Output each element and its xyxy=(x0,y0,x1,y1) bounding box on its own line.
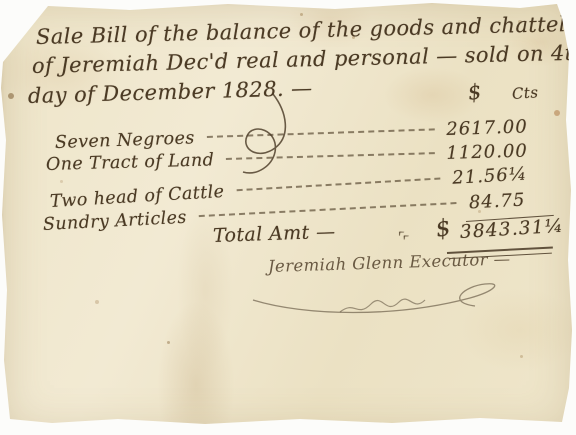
cents-column-header: Cts xyxy=(511,84,538,102)
total-currency: $ xyxy=(434,216,453,244)
stain-spot xyxy=(8,93,14,99)
total-label: Total Amt — xyxy=(213,222,336,247)
stain-spot xyxy=(554,110,560,116)
item-label: Seven Negroes xyxy=(55,128,195,153)
dollars-column-header: $ xyxy=(466,80,483,105)
item-amount: 1120.00 xyxy=(446,141,528,164)
stain-spot xyxy=(95,300,99,304)
stain-spot xyxy=(60,180,63,183)
executor-signature: Jeremiah Glenn Executor — xyxy=(268,250,511,276)
item-amount: 2617.00 xyxy=(446,116,528,140)
stain-spot xyxy=(25,20,29,24)
item-label: One Tract of Land xyxy=(46,150,215,175)
dash-leader xyxy=(236,176,440,191)
item-label: Sundry Articles xyxy=(43,208,188,235)
photo-of-document: Sale Bill of the balance of the goods an… xyxy=(0,0,576,435)
stray-pen-marks: ‹‹ xyxy=(393,226,412,246)
dash-leader xyxy=(207,127,435,138)
signature-flourish xyxy=(245,272,545,327)
stain-spot xyxy=(167,341,170,344)
item-amount: 84.75 xyxy=(468,190,526,214)
dash-leader xyxy=(199,201,457,217)
aged-paper-sheet: Sale Bill of the balance of the goods an… xyxy=(0,0,576,435)
item-amount: 21.56¼ xyxy=(452,164,528,189)
dash-leader xyxy=(226,151,434,160)
stain-spot xyxy=(520,355,523,358)
stain-spot xyxy=(300,13,303,16)
heading-line-3: day of December 1828. — xyxy=(28,77,313,108)
